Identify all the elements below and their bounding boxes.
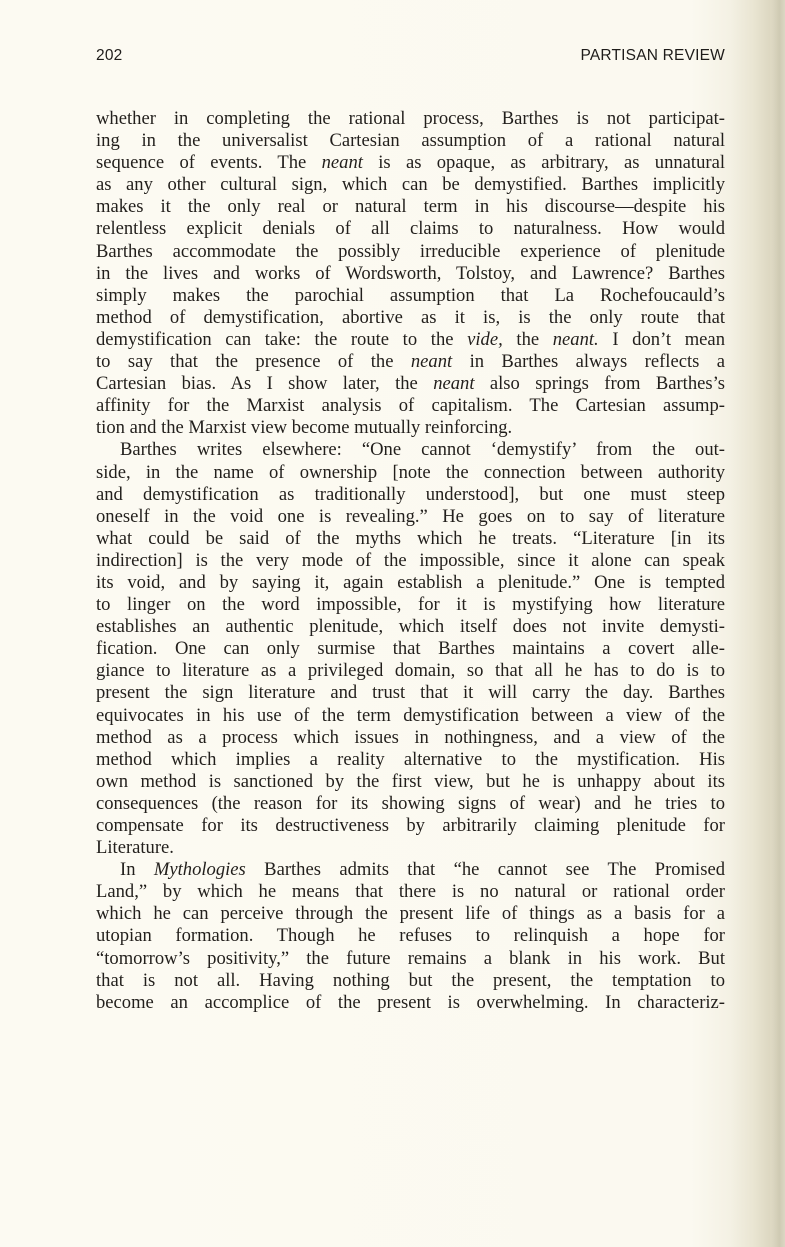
text-line: method which implies a reality alternati… <box>96 749 725 771</box>
text-run: Barthes admits that “he cannot see The P… <box>246 859 725 880</box>
text-run: in Barthes always reflects a <box>452 351 725 372</box>
text-run: tion and the Marxist view become mutuall… <box>96 417 512 438</box>
text-line: giance to literature as a privileged dom… <box>96 660 725 682</box>
text-line: what could be said of the myths which he… <box>96 528 725 550</box>
text-run: its void, and by saying it, again establ… <box>96 572 725 593</box>
text-line: Cartesian bias. As I show later, the nea… <box>96 373 725 395</box>
paragraph-p2: Barthes writes elsewhere: “One cannot ‘d… <box>96 439 725 859</box>
italic-term: Mythologies <box>154 859 246 880</box>
text-run: method which implies a reality alternati… <box>96 749 725 770</box>
text-line: Barthes accommodate the possibly irreduc… <box>96 241 725 263</box>
italic-term: vide, <box>467 329 503 350</box>
text-run: “tomorrow’s positivity,” the future rema… <box>96 948 725 969</box>
text-run: sequence of events. The <box>96 152 322 173</box>
text-line: own method is sanctioned by the first vi… <box>96 771 725 793</box>
text-line: its void, and by saying it, again establ… <box>96 572 725 594</box>
text-run: relentless explicit denials of all claim… <box>96 218 725 239</box>
text-line: simply makes the parochial assumption th… <box>96 285 725 307</box>
text-run: method of demystification, abortive as i… <box>96 307 725 328</box>
text-run: oneself in the void one is revealing.” H… <box>96 506 725 527</box>
text-line: as any other cultural sign, which can be… <box>96 174 725 196</box>
text-line: Land,” by which he means that there is n… <box>96 881 725 903</box>
text-run: in the lives and works of Wordsworth, To… <box>96 263 725 284</box>
text-line: side, in the name of ownership [note the… <box>96 462 725 484</box>
text-line: establishes an authentic plenitude, whic… <box>96 616 725 638</box>
italic-term: neant <box>433 373 474 394</box>
text-line: sequence of events. The neant is as opaq… <box>96 152 725 174</box>
text-line: makes it the only real or natural term i… <box>96 196 725 218</box>
text-line: fication. One can only surmise that Bart… <box>96 638 725 660</box>
italic-term: neant. <box>553 329 599 350</box>
text-line: Literature. <box>96 837 725 859</box>
text-line: consequences (the reason for its showing… <box>96 793 725 815</box>
journal-title: PARTISAN REVIEW <box>580 47 725 65</box>
text-line: to say that the presence of the neant in… <box>96 351 725 373</box>
text-run: what could be said of the myths which he… <box>96 528 725 549</box>
text-run: indirection] is the very mode of the imp… <box>96 550 725 571</box>
italic-term: neant <box>322 152 363 173</box>
text-line: Barthes writes elsewhere: “One cannot ‘d… <box>96 439 725 461</box>
text-run: present the sign literature and trust th… <box>96 682 725 703</box>
text-run: Barthes accommodate the possibly irreduc… <box>96 241 725 262</box>
text-run: I don’t mean <box>599 329 725 350</box>
text-run: In <box>120 859 154 880</box>
text-run: affinity for the Marxist analysis of cap… <box>96 395 725 416</box>
text-line: in the lives and works of Wordsworth, To… <box>96 263 725 285</box>
text-run: consequences (the reason for its showing… <box>96 793 725 814</box>
page-number: 202 <box>96 47 122 65</box>
text-run: that is not all. Having nothing but the … <box>96 970 725 991</box>
text-line: which he can perceive through the presen… <box>96 903 725 925</box>
body-text: whether in completing the rational proce… <box>96 108 725 1014</box>
journal-page: 202 PARTISAN REVIEW whether in completin… <box>0 0 785 1247</box>
text-line: equivocates in his use of the term demys… <box>96 705 725 727</box>
text-run: Barthes writes elsewhere: “One cannot ‘d… <box>120 439 725 460</box>
text-run: the <box>503 329 553 350</box>
text-run: fication. One can only surmise that Bart… <box>96 638 725 659</box>
text-line: become an accomplice of the present is o… <box>96 992 725 1014</box>
text-line: present the sign literature and trust th… <box>96 682 725 704</box>
text-run: Land,” by which he means that there is n… <box>96 881 725 902</box>
text-run: and demystification as traditionally und… <box>96 484 725 505</box>
text-run: equivocates in his use of the term demys… <box>96 705 725 726</box>
text-run: become an accomplice of the present is o… <box>96 992 725 1013</box>
paragraph-p3: In Mythologies Barthes admits that “he c… <box>96 859 725 1014</box>
text-line: oneself in the void one is revealing.” H… <box>96 506 725 528</box>
text-line: relentless explicit denials of all claim… <box>96 218 725 240</box>
text-line: whether in completing the rational proce… <box>96 108 725 130</box>
text-run: to say that the presence of the <box>96 351 411 372</box>
text-line: tion and the Marxist view become mutuall… <box>96 417 725 439</box>
text-run: method as a process which issues in noth… <box>96 727 725 748</box>
text-line: “tomorrow’s positivity,” the future rema… <box>96 948 725 970</box>
text-run: whether in completing the rational proce… <box>96 108 725 129</box>
text-run: simply makes the parochial assumption th… <box>96 285 725 306</box>
text-line: method as a process which issues in noth… <box>96 727 725 749</box>
text-run: makes it the only real or natural term i… <box>96 196 725 217</box>
text-run: ing in the universalist Cartesian assump… <box>96 130 725 151</box>
text-run: which he can perceive through the presen… <box>96 903 725 924</box>
text-run: utopian formation. Though he refuses to … <box>96 925 725 946</box>
text-run: own method is sanctioned by the first vi… <box>96 771 725 792</box>
text-run: establishes an authentic plenitude, whic… <box>96 616 725 637</box>
text-line: to linger on the word impossible, for it… <box>96 594 725 616</box>
text-line: utopian formation. Though he refuses to … <box>96 925 725 947</box>
text-run: is as opaque, as arbitrary, as unnatural <box>363 152 725 173</box>
page-edge-shadow <box>771 0 785 1247</box>
text-run: also springs from Barthes’s <box>475 373 726 394</box>
text-run: giance to literature as a privileged dom… <box>96 660 725 681</box>
text-line: and demystification as traditionally und… <box>96 484 725 506</box>
italic-term: neant <box>411 351 452 372</box>
text-line: that is not all. Having nothing but the … <box>96 970 725 992</box>
paragraph-p1: whether in completing the rational proce… <box>96 108 725 439</box>
text-run: Cartesian bias. As I show later, the <box>96 373 433 394</box>
text-line: ing in the universalist Cartesian assump… <box>96 130 725 152</box>
text-line: demystification can take: the route to t… <box>96 329 725 351</box>
text-run: to linger on the word impossible, for it… <box>96 594 725 615</box>
text-line: indirection] is the very mode of the imp… <box>96 550 725 572</box>
text-line: compensate for its destructiveness by ar… <box>96 815 725 837</box>
text-line: method of demystification, abortive as i… <box>96 307 725 329</box>
text-run: as any other cultural sign, which can be… <box>96 174 725 195</box>
text-line: affinity for the Marxist analysis of cap… <box>96 395 725 417</box>
text-run: demystification can take: the route to t… <box>96 329 467 350</box>
text-run: side, in the name of ownership [note the… <box>96 462 725 483</box>
text-line: In Mythologies Barthes admits that “he c… <box>96 859 725 881</box>
running-head: 202 PARTISAN REVIEW <box>96 47 725 69</box>
text-run: compensate for its destructiveness by ar… <box>96 815 725 836</box>
text-run: Literature. <box>96 837 174 858</box>
